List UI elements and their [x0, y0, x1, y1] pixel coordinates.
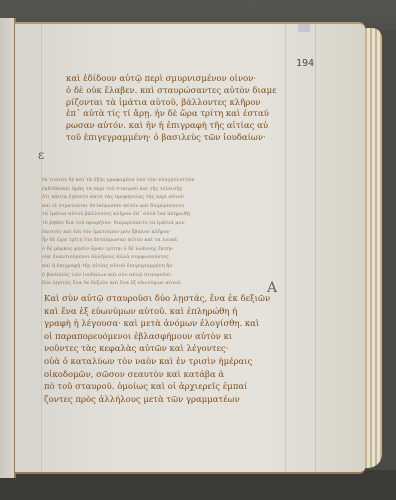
text-line: οἱ παραπορευόμενοι ἐβλασφήμουν αὐτὸν κι — [44, 331, 272, 344]
text-line: οἰκοδομῶν, σῶσον σεαυτὸν καὶ κατάβα ἀ — [44, 369, 272, 382]
ruling-line — [315, 24, 316, 472]
facing-page-edge — [0, 18, 16, 478]
marginal-initial: ε — [38, 148, 44, 162]
paper-tab — [298, 24, 310, 32]
text-line: τοῦ ἐπιγεγραμμένη· ὁ βασιλεὺς τῶν ἰουδαί… — [66, 133, 290, 145]
text-line: γραφὴ ἡ λέγουσα· καὶ μετὰ ἀνόμων ἐλογίσθ… — [44, 318, 272, 331]
commentary-line: ὁ βασιλεὺς τῶν ἰουδαίων καὶ σὺν αὐτῷ στα… — [42, 271, 278, 280]
commentary-line: ἦν δὲ ὥρα τρίτη ὅτε ἐσταύρωσαν αὐτὸν καὶ… — [42, 236, 278, 245]
text-line: καὶ ἐδίδουν αὐτῷ περὶ σμυρνισμένον οἶνον… — [66, 74, 290, 86]
text-line: νοῦντες τὰς κεφαλὰς αὐτῶν καὶ λέγοντες· — [44, 343, 272, 356]
background-bottom — [0, 470, 396, 500]
commentary-line: ἐκδιδάσκει ἡμᾶς τὰ περὶ τοῦ σταυροῦ καὶ … — [42, 185, 278, 194]
text-line: ρίζονται τὰ ἱμάτια αὐτοῦ, βάλλοντες κλῆρ… — [66, 98, 290, 110]
commentary-line: ἐκ τούτου δὲ καὶ τὰ ἑξῆς γραφομένα ὑπὸ τ… — [42, 176, 278, 185]
text-line: ὁ δὲ οὐκ ἔλαβεν. καὶ σταυρώσαντες αὐτὸν … — [66, 86, 290, 98]
commentary-line: ὅτι πάντα ἐγένετο κατὰ τὰς προφητείας τὰ… — [42, 193, 278, 202]
folio-number: 194 — [296, 58, 314, 69]
text-line: πὸ τοῦ σταυροῦ. ὁμοίως καὶ οἱ ἀρχιερεῖς … — [44, 381, 272, 394]
text-line: ρωσαν αὐτόν. καὶ ἦν ἡ ἐπιγραφὴ τῆς αἰτία… — [66, 121, 290, 133]
commentary-line: τὰ ἱμάτια αὐτοῦ βάλλοντες κλῆρον ἐπ᾽ αὐτ… — [42, 210, 278, 219]
text-line: ζοντες πρὸς ἀλλήλους μετὰ τῶν γραμματέων — [44, 394, 272, 407]
commentary-line: καὶ ἡ ἐπιγραφὴ τῆς αἰτίας αὐτοῦ ἐπιγεγρα… — [42, 262, 278, 271]
upper-text-block: καὶ ἐδίδουν αὐτῷ περὶ σμυρνισμένον οἶνον… — [66, 74, 290, 145]
text-line: καὶ ἕνα ἐξ εὐωνύμων αὐτοῦ. καὶ ἐπληρώθη … — [44, 306, 272, 319]
commentary-line: δύο λῃστάς ἕνα ἐκ δεξιῶν καὶ ἕνα ἐξ εὐων… — [42, 279, 278, 288]
commentary-line: ἑαυτοῖς καὶ ἐπὶ τὸν ἱματισμόν μου ἔβαλον… — [42, 228, 278, 237]
commentary-block: ἐκ τούτου δὲ καὶ τὰ ἑξῆς γραφομένα ὑπὸ τ… — [42, 176, 278, 288]
commentary-line: οὐκ ἐναντιούμενοι ἀλλήλοις ἀλλὰ συμφωνοῦ… — [42, 253, 278, 262]
commentary-line: ὁ δὲ μάρκος φησὶν ὥραν τρίτην ὁ δὲ ἰωάνν… — [42, 245, 278, 254]
commentary-line: καὶ οἱ στρατιῶται ἐσταύρωσαν αὐτὸν καὶ δ… — [42, 202, 278, 211]
commentary-line: τὸ ῥηθὲν διὰ τοῦ προφήτου· διεμερίσαντο … — [42, 219, 278, 228]
text-line: Καὶ σὺν αὐτῷ σταυροῦσι δύο λῃστάς, ἕνα ἐ… — [44, 293, 272, 306]
lower-text-block: Καὶ σὺν αὐτῷ σταυροῦσι δύο λῃστάς, ἕνα ἐ… — [44, 293, 272, 406]
text-line: οὐὰ ὁ καταλύων τὸν ναὸν καὶ ἐν τρισὶν ἡμ… — [44, 356, 272, 369]
text-line: ἐπ᾽ αὐτὰ τίς τί ἄρῃ. ἦν δὲ ὥρα τρίτη καὶ… — [66, 109, 290, 121]
